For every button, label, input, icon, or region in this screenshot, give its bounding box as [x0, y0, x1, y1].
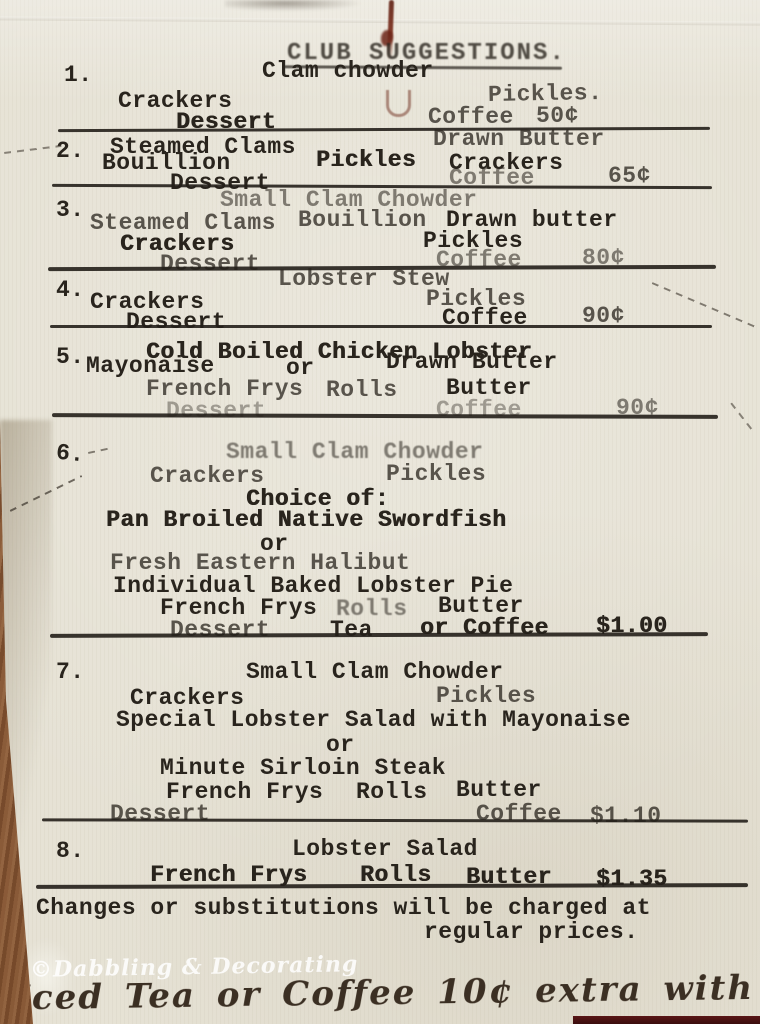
scratch-mark — [652, 282, 756, 328]
item-number: 6. — [55, 442, 86, 468]
dish-name: Lobster Stew — [278, 268, 450, 291]
side-item: Pickles — [386, 463, 486, 486]
item-number: 7. — [56, 661, 85, 684]
entree-option: Minute Sirloin Steak — [160, 757, 446, 780]
side-item: Dessert — [126, 311, 226, 334]
side-item: Bouillion — [298, 209, 427, 232]
price: $1.10 — [590, 805, 662, 828]
dish-name: Lobster Salad — [292, 838, 478, 861]
side-item: Crackers — [150, 465, 264, 488]
item-number: 3. — [56, 199, 85, 222]
dish-name: Clam chowder — [262, 60, 434, 83]
divider-rule — [52, 413, 718, 419]
ink-stain-curl — [386, 90, 411, 117]
menu-paper: CLUB SUGGESTIONS. 1. Clam chowder Cracke… — [0, 0, 760, 1024]
side-item: Dessert — [170, 619, 270, 642]
dish-name: Small Clam Chowder — [246, 661, 503, 684]
item-number: 4. — [56, 279, 85, 302]
side-item: Pickles — [316, 149, 416, 172]
side-item: Drawn Butter — [433, 128, 605, 151]
side-item: Drawn Butter — [386, 351, 558, 374]
side-item: Rolls — [326, 379, 398, 402]
entree-option: Special Lobster Salad with Mayonaise — [116, 709, 631, 732]
ink-smudge — [225, 0, 425, 11]
side-item: Dessert — [110, 803, 210, 826]
entree-option: Fresh Eastern Halibut — [110, 552, 410, 575]
price: 65¢ — [608, 165, 651, 188]
price: 50¢ — [536, 105, 579, 128]
paper-crease — [0, 16, 760, 25]
red-table-edge — [573, 1016, 760, 1024]
side-item: Butter — [456, 779, 542, 802]
side-item: Dessert — [160, 253, 260, 276]
scratch-mark — [88, 447, 114, 454]
photo-scene: CLUB SUGGESTIONS. 1. Clam chowder Cracke… — [0, 0, 760, 1024]
divider-rule — [50, 325, 712, 328]
side-item: Pickles — [436, 685, 536, 708]
item-number: 2. — [56, 140, 85, 163]
price: $1.35 — [596, 868, 668, 891]
scratch-mark — [4, 145, 62, 154]
side-item: Dessert — [166, 400, 266, 423]
side-item: Tea — [330, 619, 373, 642]
choice-or: or — [326, 734, 355, 757]
item-number: 8. — [56, 840, 85, 863]
side-item: Mayonaise — [86, 355, 215, 378]
side-item: Rolls — [356, 781, 428, 804]
scratch-mark — [730, 402, 755, 433]
side-item: Coffee — [436, 399, 522, 422]
entree-option: Pan Broiled Native Swordfish — [106, 509, 506, 532]
side-item: Coffee — [476, 803, 562, 826]
item-number: 5. — [56, 346, 85, 369]
item-number: 1. — [64, 64, 93, 87]
divider-rule — [58, 127, 710, 132]
footer-line-2: regular prices. — [424, 921, 639, 944]
footer-line-1: Changes or substitutions will be charged… — [36, 897, 651, 920]
